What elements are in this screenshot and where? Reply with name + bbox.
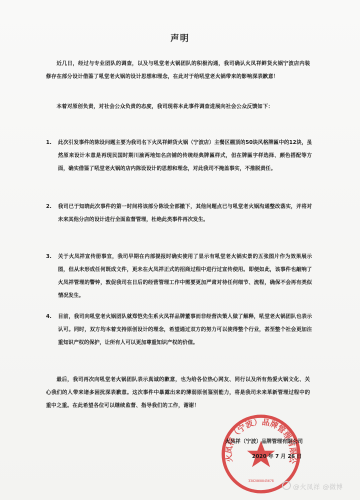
- scanned-document-page: 声明 近几日，经过与专业团队的调查，以及与吼堂老火锅团队的积极沟通，我司确认火凤…: [0, 0, 360, 500]
- item-text: 目前，我司向吼堂老火锅团队就郑恺先生系火凤祥品牌董事而非经营决策人做了解释，吼堂…: [58, 311, 312, 350]
- intro-paragraph: 近几日，经过与专业团队的调查，以及与吼堂老火锅团队的积极沟通，我司确认火凤祥鲜货…: [46, 58, 310, 84]
- preface-paragraph: 本着对原创负责，对社会公众负责的态度，我司现将本此事件调查进展向社会公众反馈如下…: [46, 101, 310, 114]
- item-text: 我司已于知晓此次事件的第一时间将该部分陈设全部撤下，其他问题点已与吼堂老火锅沟通…: [58, 201, 312, 227]
- weibo-icon: [282, 481, 291, 490]
- svg-text:3302060045678: 3302060045678: [248, 479, 274, 483]
- item-number: 2.: [46, 201, 56, 214]
- closing-paragraph: 最后，我司再次向吼堂老火锅团队表示真诚的歉意，也为给各位热心网友、同行以及所有热…: [46, 374, 310, 413]
- item-text: 关于火凤祥宣传册事宜，我司早期在内部提报时确实使用了显示有吼堂老火锅实景的五张图…: [58, 251, 312, 303]
- watermark-text: @火凤祥 @微博: [293, 483, 343, 491]
- document-title: 声明: [0, 32, 360, 44]
- item-number: 4.: [46, 311, 56, 324]
- item-number: 1.: [46, 137, 56, 150]
- item-text: 此次引发事件的陈设问题主要为我司名下火凤祥鲜货火锅（宁波店）主餐区棚顶的50块风…: [58, 137, 312, 176]
- company-signature: 火凤祥（宁波）品牌管理有限公司: [225, 438, 303, 445]
- signature-date: 2020 年 7 月 26 日: [252, 453, 302, 460]
- weibo-watermark: @火凤祥 @微博: [282, 481, 343, 491]
- item-number: 3.: [46, 251, 56, 264]
